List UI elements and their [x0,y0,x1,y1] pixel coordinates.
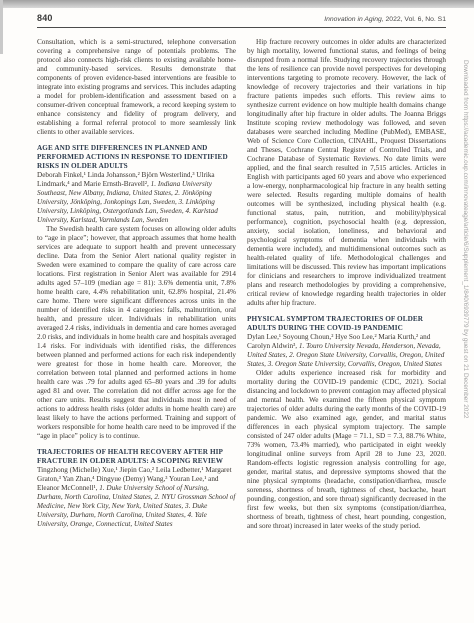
left-column: Consultation, which is a semi-structured… [37,38,236,531]
page-number: 840 [37,13,53,23]
running-header: 840 Innovation in Aging, 2022, Vol. 6, N… [37,13,446,23]
abstract-2-title: TRAJECTORIES OF HEALTH RECOVERY AFTER HI… [37,448,236,466]
scan-edge-top [0,0,474,8]
page-content: 840 Innovation in Aging, 2022, Vol. 6, N… [37,13,446,531]
journal-name: Innovation in Aging, [324,16,383,23]
journal-page: Downloaded from https://academic.oup.com… [0,0,474,623]
journal-citation: Innovation in Aging, 2022, Vol. 6, No. S… [324,16,446,23]
continuation-paragraph: Consultation, which is a semi-structured… [37,38,236,137]
right-column: Hip fracture recovery outcomes in older … [247,38,446,531]
abstract-1-title: AGE AND SITE DIFFERENCES IN PLANNED AND … [37,144,236,171]
abstract-1-body: The Swedish health care system focuses o… [37,225,236,441]
abstract-3-body: Older adults experience increased risk f… [247,369,446,531]
download-watermark: Downloaded from https://academic.oup.com… [462,60,469,616]
abstract-3-title: PHYSICAL SYMPTOM TRAJECTORIES OF OLDER A… [247,315,446,333]
abstract-1: AGE AND SITE DIFFERENCES IN PLANNED AND … [37,144,236,441]
abstract-3: PHYSICAL SYMPTOM TRAJECTORIES OF OLDER A… [247,315,446,531]
journal-issue: 2022, Vol. 6, No. S1 [384,16,446,23]
header-rule [37,27,446,28]
abstract-3-authors: Dylan Lee,¹ Soyoung Choun,² Hye Soo Lee,… [247,333,446,369]
scan-edge-left [0,0,3,54]
abstract-2-authors: Tingzhong (Michelle) Xue,¹ Jiepin Cao,² … [37,466,236,529]
abstract-1-authors: Deborah Finkel,¹ Linda Johansson,² Björn… [37,171,236,225]
abstract-2-body: Hip fracture recovery outcomes in older … [247,38,446,308]
two-column-body: Consultation, which is a semi-structured… [37,38,446,531]
abstract-2: TRAJECTORIES OF HEALTH RECOVERY AFTER HI… [37,448,236,529]
